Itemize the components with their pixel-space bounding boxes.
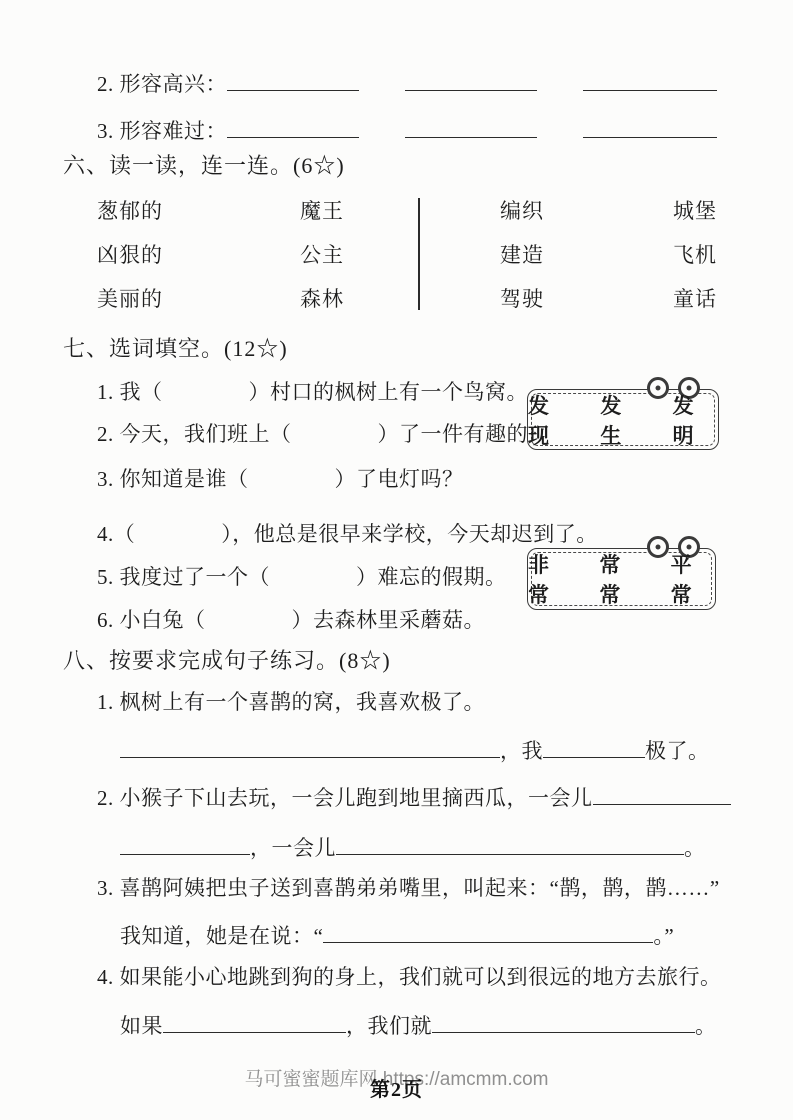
- answer-blank: [120, 733, 500, 758]
- word-bank-word: 非常: [528, 549, 572, 609]
- sentence-fragment: 我知道，她是在说：“: [120, 924, 323, 948]
- word-bank-word: 平常: [671, 549, 715, 609]
- match-word: 编织: [500, 198, 544, 224]
- answer-blank: [227, 66, 359, 91]
- word-bank-box-2: 非常 常常 平常: [527, 548, 716, 610]
- match-word: 飞机: [673, 242, 717, 268]
- matching-exercise: 葱郁的 魔王 编织 城堡 凶狠的 公主 建造 飞机 美丽的 森林 驾驶 童话: [0, 196, 793, 314]
- word-bank-word: 发现: [528, 390, 573, 450]
- answer-blank: [543, 733, 645, 758]
- sentence-fragment: 极了。: [645, 739, 710, 763]
- answer-blank: [583, 113, 717, 138]
- match-word: 凶狠的: [97, 242, 163, 268]
- fill-blank-item: 4.（ ），他总是很早来学校，今天却迟到了。: [97, 520, 598, 548]
- question-item: 3. 形容难过：: [97, 113, 717, 145]
- sentence-answer-line: 我知道，她是在说：“。”: [120, 918, 674, 950]
- answer-blank: [323, 918, 653, 943]
- sentence-item: 3. 喜鹊阿姨把虫子送到喜鹊弟弟嘴里，叫起来：“鹊，鹊，鹊……”: [97, 874, 720, 902]
- sentence-fragment: 如果: [120, 1014, 163, 1038]
- question-label: 3. 形容难过：: [97, 119, 227, 143]
- word-bank-words: 发现 发生 发明: [528, 390, 718, 449]
- match-word: 葱郁的: [97, 198, 163, 224]
- sentence-fragment: ，我: [500, 739, 543, 763]
- fill-blank-item: 3. 你知道是谁（ ）了电灯吗？: [97, 465, 464, 493]
- word-bank-words: 非常 常常 平常: [528, 549, 715, 609]
- question-label: 2. 形容高兴：: [97, 72, 227, 96]
- answer-blank: [432, 1008, 695, 1033]
- match-word: 驾驶: [500, 286, 544, 312]
- worksheet-page: 2. 形容高兴： 3. 形容难过： 六、读一读，连一连。(6☆) 葱郁的 魔王 …: [0, 0, 793, 1120]
- match-word: 森林: [300, 286, 344, 312]
- fill-blank-item: 5. 我度过了一个（ ）难忘的假期。: [97, 563, 507, 591]
- sentence-fragment: ，一会儿: [250, 836, 336, 860]
- section7-title: 七、选词填空。(12☆): [63, 334, 288, 364]
- column-divider: [418, 198, 420, 310]
- match-word: 魔王: [300, 198, 344, 224]
- sentence-item: 1. 枫树上有一个喜鹊的窝，我喜欢极了。: [97, 688, 485, 716]
- answer-blank: [593, 780, 731, 805]
- answer-blank: [405, 113, 537, 138]
- word-bank-word: 发生: [600, 390, 645, 450]
- question-item: 2. 形容高兴：: [97, 66, 717, 98]
- answer-blank: [336, 830, 684, 855]
- match-word: 童话: [673, 286, 717, 312]
- answer-blank: [163, 1008, 346, 1033]
- sentence-fragment: 。”: [653, 924, 674, 948]
- answer-blank: [120, 830, 250, 855]
- answer-blank: [405, 66, 537, 91]
- sentence-fragment: ，我们就: [346, 1014, 432, 1038]
- sentence-answer-line: 如果，我们就。: [120, 1008, 717, 1040]
- sentence-item: 4. 如果能小心地跳到狗的身上，我们就可以到很远的地方去旅行。: [97, 963, 722, 991]
- fill-blank-item: 6. 小白兔（ ）去森林里采蘑菇。: [97, 606, 485, 634]
- match-word: 城堡: [673, 198, 717, 224]
- section8-title: 八、按要求完成句子练习。(8☆): [63, 646, 391, 676]
- match-word: 公主: [300, 242, 344, 268]
- word-bank-box-1: 发现 发生 发明: [527, 389, 719, 450]
- word-bank-word: 常常: [599, 549, 643, 609]
- sentence-item: 2. 小猴子下山去玩，一会儿跑到地里摘西瓜，一会儿: [97, 780, 731, 812]
- word-bank-word: 发明: [673, 390, 718, 450]
- section6-title: 六、读一读，连一连。(6☆): [63, 151, 345, 181]
- sentence-answer-line: ，我极了。: [120, 733, 710, 765]
- match-word: 建造: [500, 242, 544, 268]
- match-word: 美丽的: [97, 286, 163, 312]
- sentence-fragment: 。: [695, 1014, 717, 1038]
- sentence-fragment: 。: [684, 836, 706, 860]
- fill-blank-item: 2. 今天，我们班上（ ）了一件有趣的事。: [97, 420, 571, 448]
- sentence-fragment: 2. 小猴子下山去玩，一会儿跑到地里摘西瓜，一会儿: [97, 786, 593, 810]
- sentence-answer-line: ，一会儿。: [120, 830, 706, 862]
- answer-blank: [227, 113, 359, 138]
- answer-blank: [583, 66, 717, 91]
- fill-blank-item: 1. 我（ ）村口的枫树上有一个鸟窝。: [97, 378, 528, 406]
- page-number: 第2页: [370, 1073, 423, 1102]
